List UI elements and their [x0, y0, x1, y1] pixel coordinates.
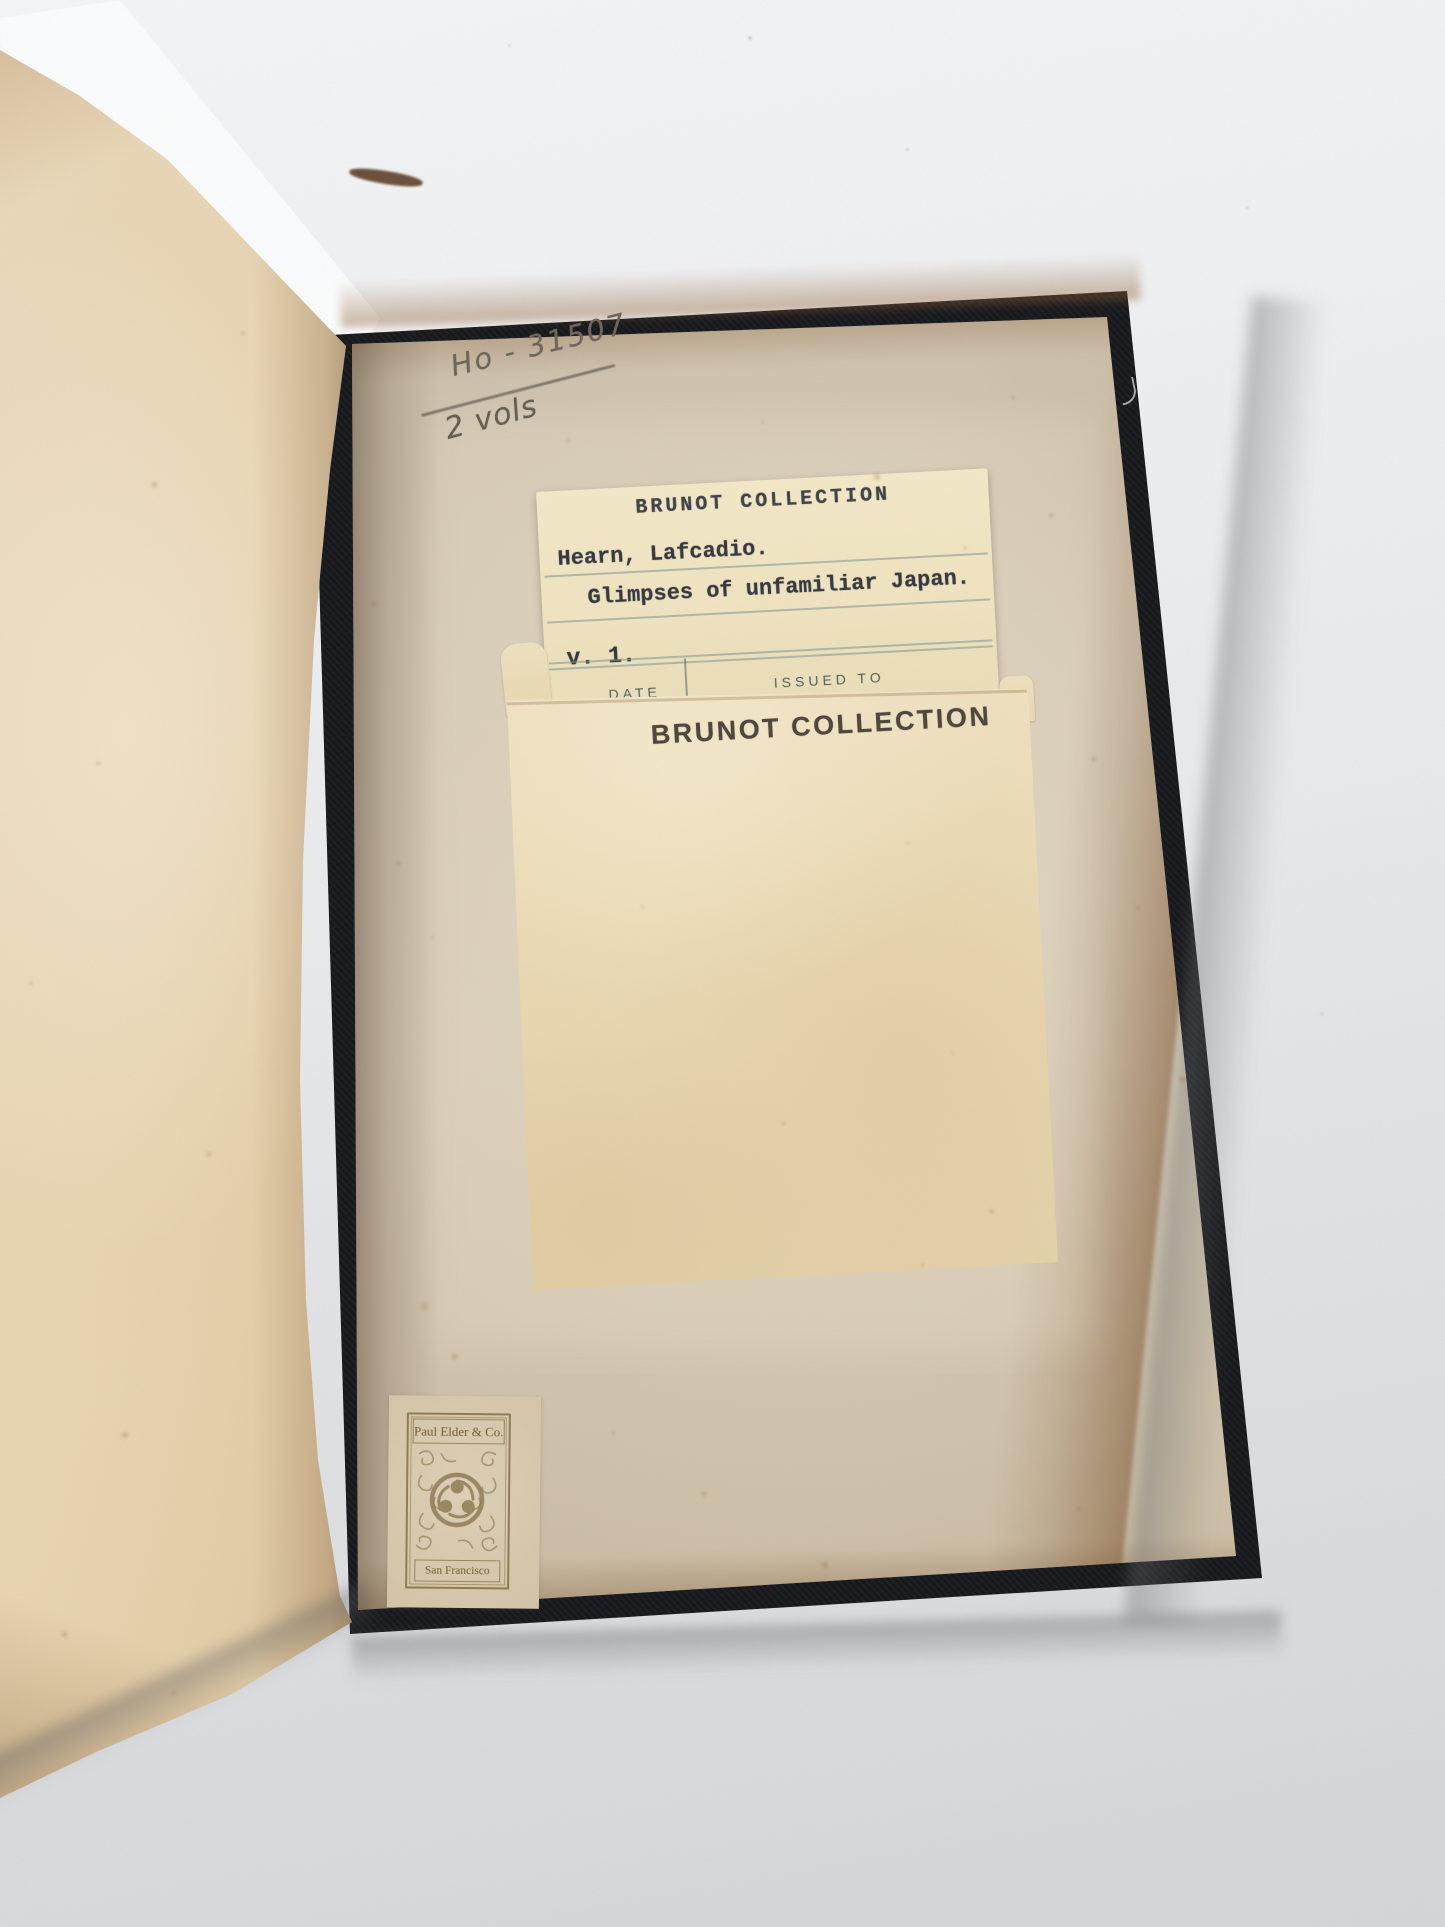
fox-spot: [760, 420, 765, 425]
brown-streak-mark: [348, 165, 423, 189]
fox-spot: [920, 1262, 925, 1267]
fox-spot: [430, 935, 435, 940]
bookplate-publisher: Paul Elder & Co.: [413, 1418, 505, 1444]
fox-spot: [962, 545, 968, 551]
fox-spot: [780, 1120, 787, 1127]
fox-spot: [120, 1430, 130, 1440]
speck: [906, 148, 909, 151]
fox-spot: [240, 330, 246, 336]
fox-spot: [905, 840, 911, 846]
fox-spot: [1048, 512, 1055, 519]
fox-spot: [640, 905, 645, 910]
fox-spot: [950, 1050, 955, 1055]
fox-spot: [150, 480, 159, 489]
bookplate: Paul Elder & Co.: [387, 1395, 541, 1609]
fox-spot: [988, 1208, 995, 1215]
fox-spot: [1320, 1012, 1324, 1016]
tomoe-swirl-icon: [410, 1445, 503, 1556]
speck: [508, 44, 511, 47]
speck: [748, 36, 752, 40]
fox-spot: [1135, 905, 1141, 911]
fox-spot: [205, 1150, 213, 1158]
bookplate-city: San Francisco: [414, 1559, 500, 1582]
bookplate-border: Paul Elder & Co.: [405, 1412, 511, 1589]
speck: [1246, 206, 1249, 209]
fox-spot: [395, 860, 402, 867]
fox-spot: [565, 438, 571, 444]
fox-spot: [28, 980, 34, 986]
fox-spot: [450, 1352, 459, 1361]
pocket-collection-stamp: BRUNOT COLLECTION: [650, 701, 992, 751]
photo-open-book-inside-cover: Ho - 31507 2 vols BRUNOT COLLECTION Hear…: [0, 0, 1445, 1927]
fox-spot: [872, 472, 882, 482]
fox-spot: [1010, 395, 1016, 401]
card-pocket: BRUNOT COLLECTION: [500, 640, 1066, 1300]
fox-spot: [370, 600, 378, 608]
pocket-front: BRUNOT COLLECTION: [500, 640, 1066, 1300]
fox-spot: [60, 1630, 69, 1639]
fox-spot: [418, 1300, 431, 1313]
fox-spot: [1178, 1075, 1187, 1084]
fox-spot: [1075, 1505, 1082, 1512]
fox-spot: [820, 1560, 830, 1570]
fox-spot: [170, 1690, 177, 1697]
fox-spot: [1090, 755, 1098, 763]
fox-spot: [700, 1490, 708, 1498]
fox-spot: [95, 760, 102, 767]
fox-spot: [610, 1430, 616, 1436]
